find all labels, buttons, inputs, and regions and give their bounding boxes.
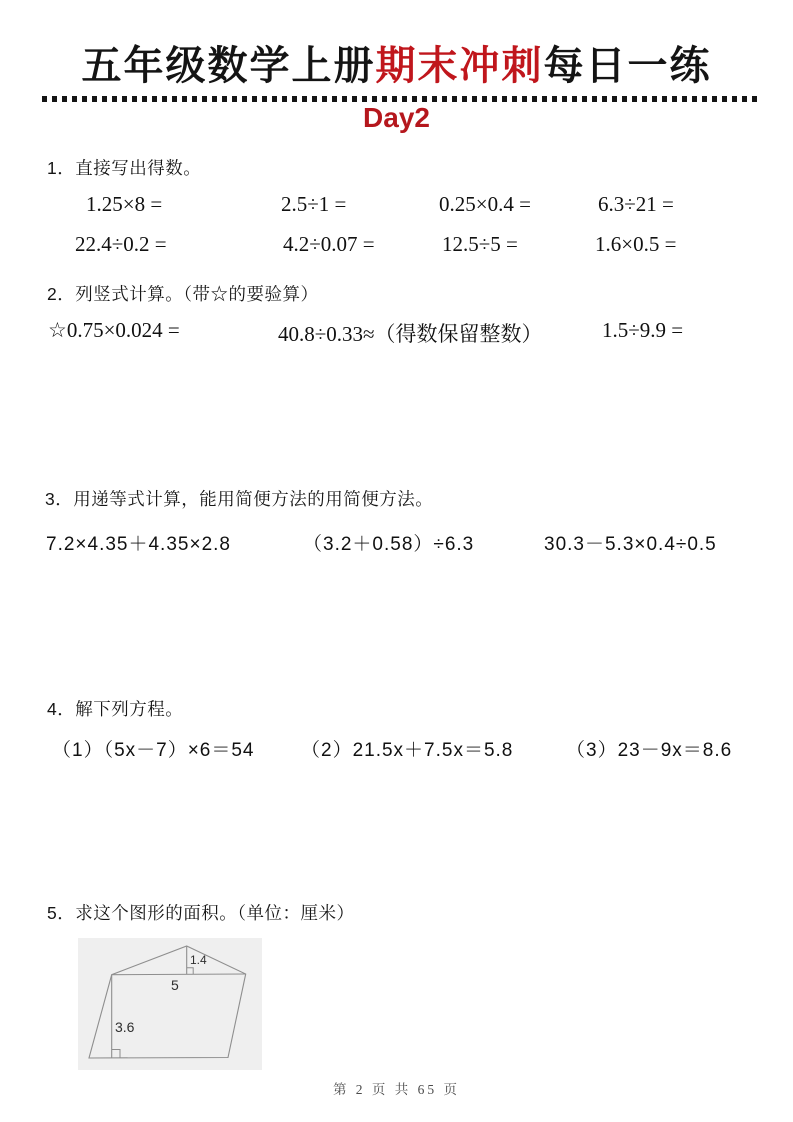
q3-label: 3．用递等式计算，能用简便方法的用简便方法。 bbox=[45, 486, 433, 511]
page-number-footer: 第 2 页 共 65 页 bbox=[0, 1078, 793, 1098]
q1-expression: 0.25×0.4 = bbox=[439, 192, 531, 217]
q4-equation: （1）（5x－7）×6＝54 bbox=[52, 735, 255, 762]
q1-expression: 1.6×0.5 = bbox=[595, 232, 676, 257]
q4-label: 4．解下列方程。 bbox=[47, 696, 183, 721]
q3-expression: 7.2×4.35＋4.35×2.8 bbox=[46, 529, 231, 556]
figure-background bbox=[78, 938, 262, 1070]
q1-expression: 12.5÷5 = bbox=[442, 232, 518, 257]
title-part-red: 期末冲刺 bbox=[376, 44, 544, 88]
q4-equation: （2）21.5x＋7.5x＝5.8 bbox=[301, 735, 513, 762]
title-part-2: 每日一练 bbox=[544, 44, 712, 88]
side-height-label: 3.6 bbox=[115, 1019, 135, 1035]
q2-expression: 40.8÷0.33≈（得数保留整数） bbox=[278, 318, 543, 348]
worksheet-page: 五年级数学上册期末冲刺每日一练 Day2 1．直接写出得数。 1.25×8 = … bbox=[0, 0, 793, 1122]
q1-expression: 22.4÷0.2 = bbox=[75, 232, 167, 257]
q3-expression: 30.3－5.3×0.4÷0.5 bbox=[544, 529, 717, 556]
q1-expression: 1.25×8 = bbox=[86, 192, 162, 217]
q4-equation: （3）23－9x＝8.6 bbox=[566, 735, 732, 762]
q5-label: 5．求这个图形的面积。（单位：厘米） bbox=[47, 900, 354, 925]
q1-expression: 4.2÷0.07 = bbox=[283, 232, 375, 257]
q5-geometry-figure: 1.4 5 3.6 bbox=[78, 938, 262, 1070]
page-title: 五年级数学上册期末冲刺每日一练 bbox=[0, 34, 793, 91]
title-part-1: 五年级数学上册 bbox=[82, 44, 376, 88]
base-chord-line bbox=[112, 974, 246, 975]
q1-expression: 6.3÷21 = bbox=[598, 192, 674, 217]
q3-expression: （3.2＋0.58）÷6.3 bbox=[303, 529, 474, 556]
q1-expression: 2.5÷1 = bbox=[281, 192, 346, 217]
q2-expression: ☆0.75×0.024 = bbox=[48, 318, 180, 343]
q1-label: 1．直接写出得数。 bbox=[47, 155, 201, 180]
triangle-height-label: 1.4 bbox=[190, 953, 207, 967]
base-label: 5 bbox=[171, 977, 179, 993]
pentagon-figure-svg: 1.4 5 3.6 bbox=[78, 938, 262, 1070]
q2-label: 2．列竖式计算。（带☆的要验算） bbox=[47, 281, 318, 306]
day-label: Day2 bbox=[0, 102, 793, 134]
q2-expression: 1.5÷9.9 = bbox=[602, 318, 683, 343]
